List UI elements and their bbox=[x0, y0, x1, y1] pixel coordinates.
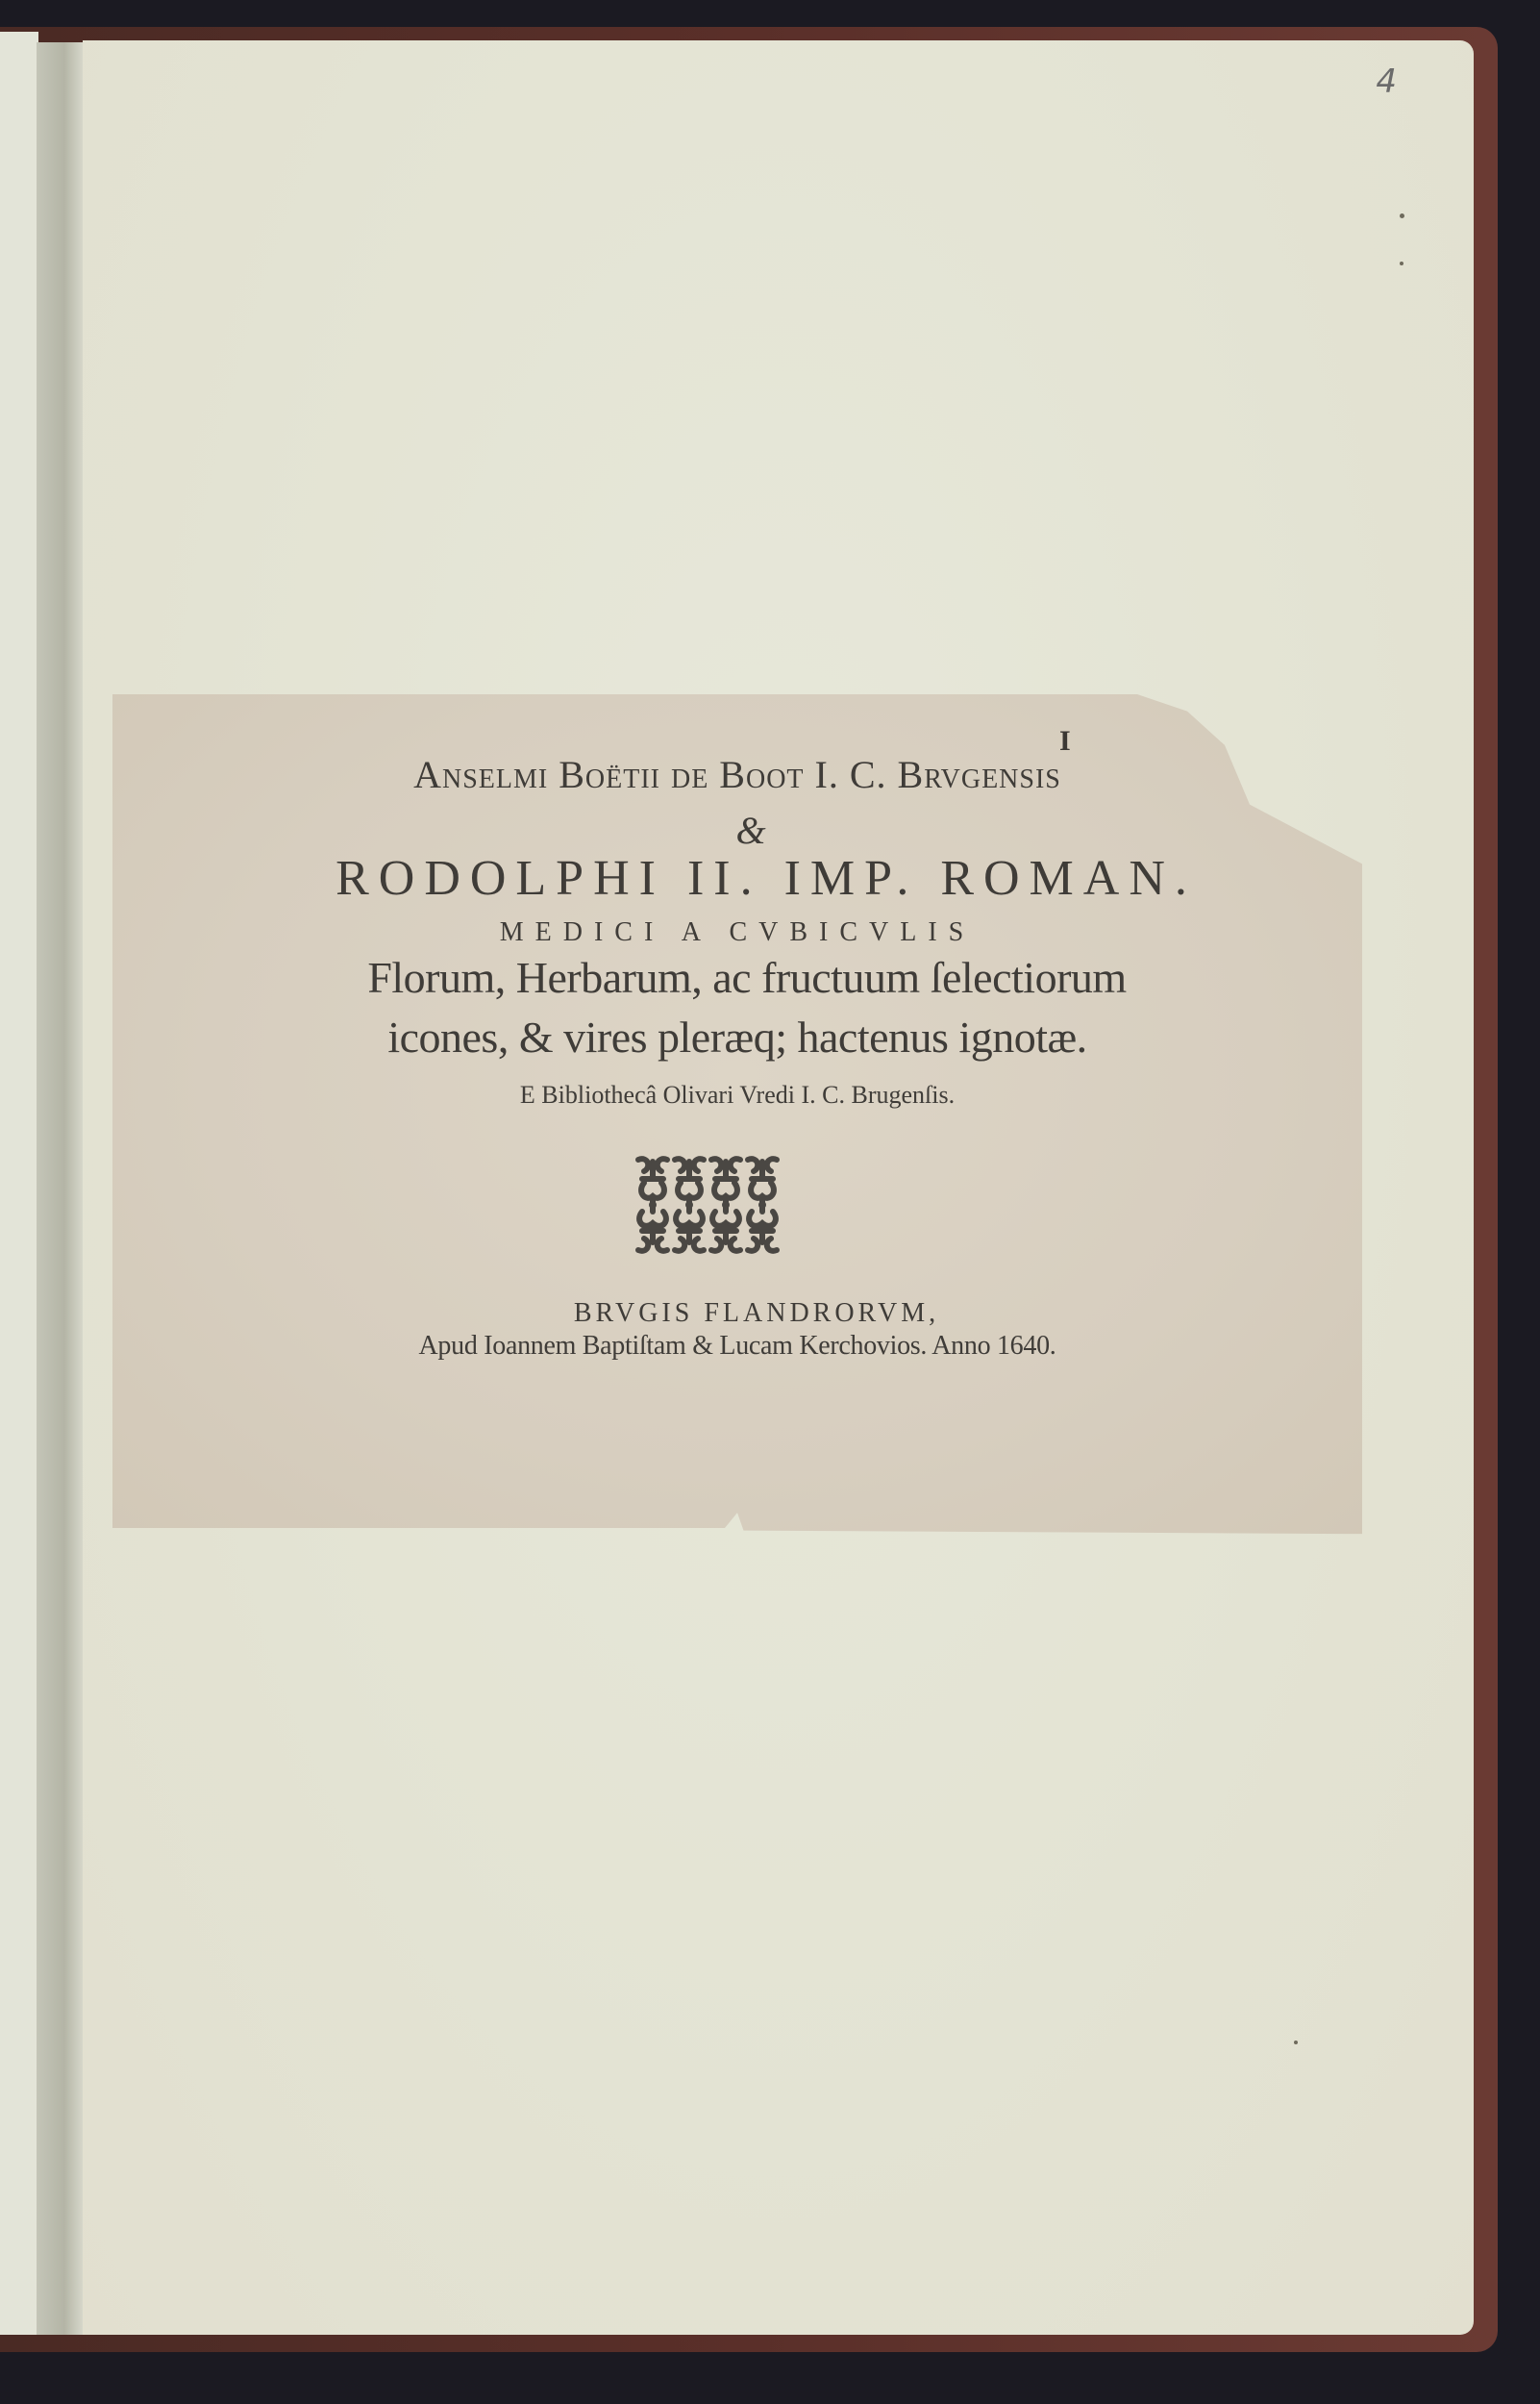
paper-speck bbox=[1294, 2041, 1298, 2044]
paper-speck bbox=[1400, 213, 1404, 218]
page-gutter bbox=[37, 42, 83, 2335]
folio-number: 4 bbox=[1376, 63, 1397, 101]
ampersand-line: & bbox=[112, 808, 1376, 853]
paper-speck bbox=[1400, 262, 1403, 265]
title-slip: I Anselmi Boëtii de Boot I. C. Brvgensis… bbox=[112, 694, 1362, 1542]
office-line: MEDICI A CVBICVLIS bbox=[112, 917, 1362, 948]
imprint-publisher-line: Apud Ioannem Baptiſtam & Lucam Kerchovio… bbox=[112, 1331, 1362, 1362]
imprint-place-line: BRVGIS FLANDRORVM, bbox=[112, 1298, 1381, 1329]
fleuron-ornament-icon bbox=[634, 1154, 781, 1256]
title-line-1: Florum, Herbarum, ac fructuum ſelectioru… bbox=[112, 952, 1372, 1003]
title-line-2: icones, & vires pleræq; hactenus ignotæ. bbox=[112, 1012, 1362, 1063]
previous-page-edge bbox=[0, 32, 38, 2335]
author-line: Anselmi Boëtii de Boot I. C. Brvgensis bbox=[112, 752, 1362, 797]
emperor-line: RODOLPHI II. IMP. ROMAN. bbox=[112, 850, 1391, 907]
provenance-line: E Bibliothecâ Olivari Vredi I. C. Brugen… bbox=[112, 1081, 1362, 1110]
